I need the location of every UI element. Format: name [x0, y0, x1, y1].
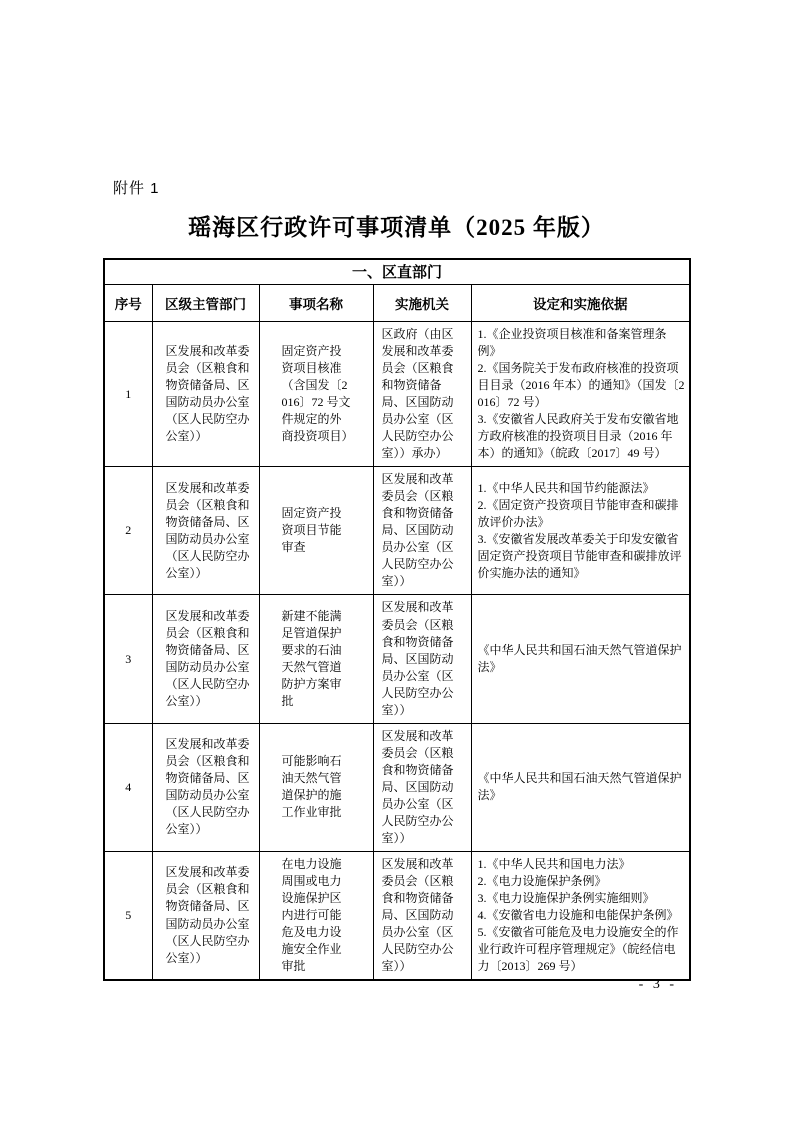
row-number-cell: 3 [104, 595, 152, 723]
agency-cell: 区政府（由区发展和改革委员会（区粮食和物资储备局、区国防动员办公室（区人民防空办… [373, 322, 471, 467]
table-row: 4区发展和改革委员会（区粮食和物资储备局、区国防动员办公室（区人民防空办公室））… [104, 723, 690, 851]
table-row: 5区发展和改革委员会（区粮食和物资储备局、区国防动员办公室（区人民防空办公室））… [104, 851, 690, 980]
column-header-basis: 设定和实施依据 [471, 285, 690, 322]
department-cell: 区发展和改革委员会（区粮食和物资储备局、区国防动员办公室（区人民防空办公室）） [152, 595, 259, 723]
basis-cell: 1.《中华人民共和国电力法》 2.《电力设施保护条例》 3.《电力设施保护条例实… [471, 851, 690, 980]
column-header-agency: 实施机关 [373, 285, 471, 322]
column-header-no: 序号 [104, 285, 152, 322]
basis-cell: 1.《中华人民共和国节约能源法》 2.《固定资产投资项目节能审查和碳排放评价办法… [471, 467, 690, 595]
item-name-cell: 固定资产投资项目节能审查 [259, 467, 373, 595]
row-number-cell: 5 [104, 851, 152, 980]
agency-cell: 区发展和改革委员会（区粮食和物资储备局、区国防动员办公室（区人民防空办公室）） [373, 851, 471, 980]
agency-cell: 区发展和改革委员会（区粮食和物资储备局、区国防动员办公室（区人民防空办公室）） [373, 595, 471, 723]
row-number-cell: 1 [104, 322, 152, 467]
permit-items-table: 一、区直部门 序号 区级主管部门 事项名称 实施机关 设定和实施依据 1区发展和… [103, 258, 691, 981]
row-number-cell: 4 [104, 723, 152, 851]
page-number: - 3 - [639, 977, 677, 993]
column-header-item: 事项名称 [259, 285, 373, 322]
department-cell: 区发展和改革委员会（区粮食和物资储备局、区国防动员办公室（区人民防空办公室）） [152, 723, 259, 851]
basis-cell: 1.《企业投资项目核准和备案管理条例》 2.《国务院关于发布政府核准的投资项目目… [471, 322, 690, 467]
document-page: 附件 1 瑶海区行政许可事项清单（2025 年版） 一、区直部门 序号 区级主管… [0, 0, 793, 1122]
item-name-cell: 固定资产投资项目核准（含国发〔2016〕72 号文件规定的外商投资项目） [259, 322, 373, 467]
department-cell: 区发展和改革委员会（区粮食和物资储备局、区国防动员办公室（区人民防空办公室）） [152, 851, 259, 980]
table-section-row: 一、区直部门 [104, 259, 690, 285]
basis-cell: 《中华人民共和国石油天然气管道保护法》 [471, 723, 690, 851]
agency-cell: 区发展和改革委员会（区粮食和物资储备局、区国防动员办公室（区人民防空办公室）） [373, 723, 471, 851]
table-row: 1区发展和改革委员会（区粮食和物资储备局、区国防动员办公室（区人民防空办公室））… [104, 322, 690, 467]
column-header-department: 区级主管部门 [152, 285, 259, 322]
table-body: 1区发展和改革委员会（区粮食和物资储备局、区国防动员办公室（区人民防空办公室））… [104, 322, 690, 981]
item-name-cell: 新建不能满足管道保护要求的石油天然气管道防护方案审批 [259, 595, 373, 723]
attachment-label: 附件 1 [113, 177, 160, 198]
table-row: 2区发展和改革委员会（区粮食和物资储备局、区国防动员办公室（区人民防空办公室））… [104, 467, 690, 595]
item-name-cell: 可能影响石油天然气管道保护的施工作业审批 [259, 723, 373, 851]
row-number-cell: 2 [104, 467, 152, 595]
table-header-row: 序号 区级主管部门 事项名称 实施机关 设定和实施依据 [104, 285, 690, 322]
item-name-cell: 在电力设施周围或电力设施保护区内进行可能危及电力设施安全作业审批 [259, 851, 373, 980]
department-cell: 区发展和改革委员会（区粮食和物资储备局、区国防动员办公室（区人民防空办公室）） [152, 322, 259, 467]
table-section-header: 一、区直部门 [104, 259, 690, 285]
agency-cell: 区发展和改革委员会（区粮食和物资储备局、区国防动员办公室（区人民防空办公室）） [373, 467, 471, 595]
basis-cell: 《中华人民共和国石油天然气管道保护法》 [471, 595, 690, 723]
table-row: 3区发展和改革委员会（区粮食和物资储备局、区国防动员办公室（区人民防空办公室））… [104, 595, 690, 723]
page-title: 瑶海区行政许可事项清单（2025 年版） [0, 209, 793, 242]
department-cell: 区发展和改革委员会（区粮食和物资储备局、区国防动员办公室（区人民防空办公室）） [152, 467, 259, 595]
